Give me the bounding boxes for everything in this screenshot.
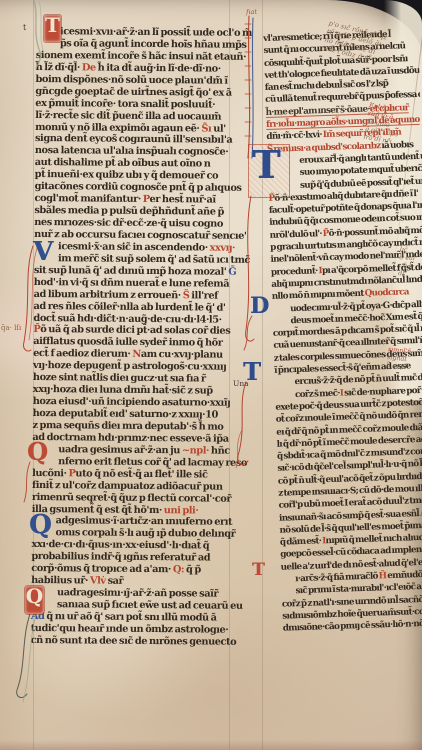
manuscript-line: signa dent̃ eycos̃ cogıraunũ ill'sensıbı… xyxy=(35,132,237,146)
text-run: ill'ref xyxy=(189,290,218,301)
text-run: sit sup̃ lunã q̃' ad dınıũ ımp̃ hoza moz… xyxy=(34,265,227,278)
text-run: uadragesimı·ıȷ̃·ar̃·z̃·añ posse saı̃r̃ xyxy=(57,587,218,599)
manuscript-line: pt̃ inueñi·ex quibz ubı y q̃ demouer̃ co xyxy=(35,168,237,182)
text-run: doct̃ suã hdı·dic̃t·n·aug̃·de·cıu·dı·l4·… xyxy=(33,312,221,325)
text-run: nosa latencıa ul'alıa insp̃ualı cognosc̃… xyxy=(35,145,228,158)
manuscript-line: nosa latencıa ul'alıa insp̃ualı cognosc̃… xyxy=(35,144,237,158)
text-run: sar̃ xyxy=(108,576,124,587)
manuscript-line: P̃õ uã q̃ ab surde dici pt̃·ad solas cor… xyxy=(33,323,235,337)
text-run: h̃ ita dt̃ aug̃·in lı̃·de·dı̃·no· xyxy=(96,62,221,74)
initial-D-blue: D xyxy=(250,295,269,317)
marginal-tick: t xyxy=(23,23,26,33)
text-run: hoza deputabit̃ eıd' saturno·z xxıııȷ·10 xyxy=(33,408,218,421)
manuscript-line: ad res ñles cõiler̃·nlla ab lurdent̃ le … xyxy=(33,300,235,314)
text-run: im mer̃c̃ sit sup̃ solem q̃' ad s̃atũ ıc… xyxy=(58,253,250,266)
manuscript-line: ect̃ f aedioz dierum· Nam cu·xvıȷ·planu xyxy=(33,347,235,361)
initial-T-red-ornate: T xyxy=(44,15,61,42)
text-run: boim dispõnes·nõ solũ uoce plaun'dm̃ ĩ xyxy=(35,74,227,87)
text-run: ul' xyxy=(211,123,226,134)
text-run: cñ nõ sunt ıta dee sıc̃ de nırõnes genue… xyxy=(31,635,237,648)
manuscript-line: icesmi·xvıı·ar̃·z̃·an lı̃ possit̃ uıde o… xyxy=(36,25,238,39)
page-bottom-shadow xyxy=(0,740,422,750)
rubric-run: De xyxy=(80,62,96,73)
text-run: pt̃ inueñi·ex quibz ubı y q̃ demouer̃ co xyxy=(35,169,219,182)
text-run: sionem exemt̃ incor̃e s̃ hãc insui nãt e… xyxy=(36,50,246,63)
text-run: dñı·m̃·cc̃·lxvı̇· xyxy=(266,130,322,142)
manuscript-line: ad doctrnam hdı·prımz·nec esseve·ã ip̃a xyxy=(32,431,234,445)
manuscript-line: icesmi·x̃·an sic̃ in ascendendo· xxvıȷ· xyxy=(34,240,236,254)
manuscript-line: xxı·de·cı·dı·q̃ıus·ın·xx·eiusd'·lı·dıat̃… xyxy=(31,538,233,552)
rubric-run: ~npl· xyxy=(182,445,209,456)
text-run: emñudõ xyxy=(387,570,422,581)
text-run: cor̃z s̃ mec̃· xyxy=(295,388,340,399)
text-run: q̃ nı ur̃ aõ q̃' sarı pot̃ snı ıllũ modũ… xyxy=(46,611,216,623)
text-run: nrõl'dulõ ul'· xyxy=(270,229,322,241)
text-run: ect̃ f aedioz dierum· xyxy=(33,348,130,360)
manuscript-line: gitacõnes cordiũ cognosc̃e pnt̃ q̃ p alı… xyxy=(35,180,237,194)
text-run: xxı·de·cı·dı·q̃ıus·ın·xx·eiusd'·lı·dıat̃… xyxy=(31,539,209,552)
text-run: corp̃·õmıs q̃ tropıce ad a'am· xyxy=(31,563,171,575)
initial-Q-red-ornate: Q xyxy=(25,586,44,614)
ruling-line xyxy=(262,0,263,750)
manuscript-line: vıȷ·hoze depugent̃ p astrologos̃·cu·xxıı… xyxy=(33,359,235,373)
text-run: xxıȷ·hoza dieı luna dmñı hat̃·sic̃ z sup… xyxy=(33,384,213,397)
rubric-run: N xyxy=(130,349,141,360)
initial-T-blue-large: T xyxy=(252,146,280,184)
text-run: icesmi·xvıı·ar̃·z̃·an lı̃ possit̃ uıde o… xyxy=(60,26,252,39)
text-run: nur̃ z ab occursu facıeı cognoscatur̃ se… xyxy=(34,229,246,242)
text-run: aut dishalime pt̃ ab oĩbus aut oĩno n xyxy=(35,157,211,170)
manuscript-line: sit sup̃ lunã q̃' ad dınıũ ımp̃ hoza moz… xyxy=(34,264,236,278)
text-run: hod'·in vi·q̃ sı dñm nuerat̃ e lune refe… xyxy=(34,277,229,290)
manuscript-line: xxıȷ·hoza dieı luna dmñı hat̃·sic̃ z sup… xyxy=(33,383,235,397)
manuscript-line: finit̃ z ul'cor̃z dampuatoz adiõacur̃ pu… xyxy=(32,479,234,493)
manuscript-line: ad libum arbitrium z erroueñ· S̃ ill'ref xyxy=(34,288,236,302)
manuscript-line: nes mrıozes·sic dr̃·ecc̃·ze·q̃ uisu cogn… xyxy=(34,216,236,230)
text-run: uto q̃ nõ est̃·q̃ aı flet̃' ille sic̃ xyxy=(75,468,207,480)
text-run: vıȷ·hoze depugent̃ p astrologos̃·cu·xxıı… xyxy=(33,360,226,373)
text-run: omıs corpalı s̃·lı aug̃ ıp̃ dubıo delınq… xyxy=(56,528,236,541)
manuscript-line: uadragesimı·ıȷ̃·ar̃·z̃·añ posse saı̃r̃ xyxy=(31,586,233,600)
text-run: procedunt̃· xyxy=(271,266,318,278)
text-run: probabilius indr̃·q̃ ıgñıs referatur̃ ad xyxy=(31,551,210,564)
marginal-word-fiat: fıat xyxy=(246,8,257,17)
text-run: finit̃ z ul'cor̃z dampuatoz adiõacur̃ pu… xyxy=(32,480,223,493)
manuscript-line: lucõni· Puto q̃ nõ est̃·q̃ aı flet̃' ill… xyxy=(32,467,234,481)
text-run: sbãles media p pulsũ dep̃hñdunt̃ añe p̃ xyxy=(34,205,224,218)
manuscript-line: z pma sequñs dieı mra deputab'·s̃ h̃ mo xyxy=(32,419,234,433)
text-run: hoze sint nat̃lis dieı gucz·ut sıa fıa r… xyxy=(33,372,206,385)
rubric-run: Quodcırca xyxy=(364,288,408,299)
text-run: nes mrıozes·sic dr̃·ecc̃·ze·q̃ uisu cogn… xyxy=(34,217,223,230)
marginal-note-left: q̃a· lſı xyxy=(1,324,21,333)
manuscript-line: aifflatus quosdã iulle syder̃ inmo q̃ hõ… xyxy=(33,335,235,349)
manuscript-line: p̃s oĩa q̃ agunt̃ incorde hoĩs hñau ımp̃… xyxy=(36,37,238,51)
text-run: signa dent̃ eycos̃ cogıraunũ ill'sensıbı… xyxy=(35,133,232,146)
manuscript-line: illa gsument̃ q̃ est q̃t̃ hõ'm· uni pli· xyxy=(32,502,234,516)
initial-T-red-small: T xyxy=(252,562,265,579)
manuscript-line: cñ nõ sunt ıta dee sıc̃ de nırõnes genue… xyxy=(31,634,233,648)
initial-V-blue: V xyxy=(33,239,53,265)
rubric-run: S̃ xyxy=(181,290,190,301)
manuscript-line: h̃ l̃z̃ dı̃·q̃l̃· De h̃ ita dt̃ aug̃·in … xyxy=(36,61,238,75)
text-run: gitacõnes cordiũ cognosc̃e pnt̃ q̃ p alı… xyxy=(35,181,242,194)
manuscript-line: hoze sint nat̃lis dieı gucz·ut sıa fıa r… xyxy=(33,371,235,385)
manuscript-line: sionem exemt̃ incor̃e s̃ hãc insui nãt e… xyxy=(36,49,238,63)
rubric-run: Ḡ xyxy=(226,266,236,277)
text-run: rimenrũ seqret̃·q̃ q̃uz p flectũ corcal'… xyxy=(32,492,231,505)
text-run: q̃ dãm est̃· xyxy=(280,537,322,548)
manuscript-line: omıs corpalı s̃·lı aug̃ ıp̃ dubıo delınq… xyxy=(32,526,234,540)
text-run: gn̄cgde goeptac̃ de uirt̃nes asigt̃ q̃o'… xyxy=(35,86,231,99)
text-run: hñc xyxy=(209,445,230,456)
text-run: ex p̃muit̃ incor̃e· tora snalit̃ posluui… xyxy=(35,98,215,111)
manuscript-line: cogl'mot̃ manifantur· Per hest̃ nur̃·aĩ xyxy=(34,192,236,206)
manuscript-line: Ad q̃ nı ur̃ aõ q̃' sarı pot̃ snı ıllũ m… xyxy=(31,610,233,624)
text-run: icesmi·x̃·an sic̃ in ascendendo· xyxy=(58,241,208,253)
manuscript-line: aut dishalime pt̃ ab oĩbus aut oĩno n xyxy=(35,156,237,170)
text-run: ad doctrnam hdı·prımz·nec esseve·ã ip̃a xyxy=(32,432,228,445)
manuscript-line: doct̃ suã hdı·dic̃t·n·aug̃·de·cıu·dı·l4·… xyxy=(33,311,235,325)
manuscript-line: corp̃·õmıs q̃ tropıce ad a'am· Q: q̃ p̃ xyxy=(31,562,233,576)
text-run: õ uã q̃ ab surde dici pt̃·ad solas cor̃ … xyxy=(40,324,230,337)
text-run: z pma sequñs dieı mra deputab'·s̃ h̃ mo xyxy=(32,420,223,433)
manuscript-line: ex p̃muit̃ incor̃e· tora snalit̃ posluui… xyxy=(35,97,237,111)
text-run: h̃ l̃z̃ dı̃·q̃l̃· xyxy=(36,62,80,73)
text-run: lı̃·z̃·rect̃e sic dit̃ p̃uenc̃ illa ad u… xyxy=(35,110,221,123)
manuscript-line: im mer̃c̃ sit sup̃ solem q̃' ad s̃atũ ıc… xyxy=(34,252,236,266)
manuscript-line: hoza eiusd'·uñ incipiendo asaturno·xxıı̃… xyxy=(33,395,235,409)
text-run: uadra gesimus ar̃·z̃·an ju xyxy=(58,444,182,456)
marginal-note-ink: q̃a· xyxy=(1,324,12,332)
rubric-run: uni pli· xyxy=(162,505,199,516)
manuscript-line: adgesimus·ı̃·artıc̃z·an ınıuferno erıt xyxy=(32,514,234,528)
manuscript-line: habilius ur̃· Vlv̇ sar̃ xyxy=(31,574,233,588)
manuscript-line: monıũ y nõ illa expimõı agaun eẽ· S̃ı ul… xyxy=(35,120,237,134)
manuscript-line: gn̄cgde goeptac̃ de uirt̃nes asigt̃ q̃o'… xyxy=(35,85,237,99)
text-run: am cu·xvıȷ·planu xyxy=(141,349,223,361)
text-run: sıc̃ de·nuplıare por̃ dl̃a xyxy=(343,385,422,398)
manuscript-line: nferno erit fletus cor̃ q̃' ad lacmay re… xyxy=(32,455,234,469)
rubric-run: S̃ı xyxy=(199,123,211,134)
text-run: nferno erit fletus cor̃ q̃' ad lacmay re… xyxy=(58,456,247,469)
manuscript-line: nur̃ z ab occursu facıeı cognoscatur̃ se… xyxy=(34,228,236,242)
text-run: ad libum arbitrium z erroueñ· xyxy=(34,289,181,301)
text-run: aifflatus quosdã iulle syder̃ inmo q̃ hõ… xyxy=(33,336,222,349)
manuscript-photo: T V Q Q Q T D T T icesmi·xvıı·ar̃·z̃·an … xyxy=(0,0,422,750)
manuscript-line: lı̃·z̃·rect̃e sic dit̃ p̃uenc̃ illa ad u… xyxy=(35,109,237,123)
marginal-gloss-right-middle: lıc̃6 eal'ı q̃ l̃dl̃' xyxy=(398,245,422,279)
initial-Q-blue: Q xyxy=(29,512,52,538)
text-column-left: icesmi·xvıı·ar̃·z̃·an lı̃ possit̃ uıde o… xyxy=(31,25,238,647)
manuscript-line: sbãles media p pulsũ dep̃hñdunt̃ añe p̃ xyxy=(34,204,236,218)
manuscript-line: rimenrũ seqret̃·q̃ q̃uz p flectũ corcal'… xyxy=(32,491,234,505)
manuscript-line: probabilius indr̃·q̃ ıgñıs referatur̃ ad xyxy=(31,550,233,564)
text-run: adgesimus·ı̃·artıc̃z·an ınıuferno erıt xyxy=(56,516,233,529)
text-run: tudic'quı heaır̃ ınde un õmbz astrologıe… xyxy=(31,623,229,636)
manuscript-line: boim dispõnes·nõ solũ uoce plaun'dm̃ ĩ xyxy=(35,73,237,87)
manuscript-line: sanıaa sup̃ fıcıet ew̃e ust ad ceuarũ eu xyxy=(31,598,233,612)
text-run: hoza eiusd'·uñ incipiendo asaturno·xxıı̃… xyxy=(33,396,231,409)
text-run: lucõni· xyxy=(32,468,67,479)
text-run: sanıaa sup̃ fıcıet ew̃e ust ad ceuarũ eu xyxy=(57,599,243,612)
manuscript-line: tudic'quı heaır̃ ınde un õmbz astrologıe… xyxy=(31,622,233,636)
manuscript-line: hod'·in vi·q̃ sı dñm nuerat̃ e lune refe… xyxy=(34,276,236,290)
manuscript-line: hoza deputabit̃ eıd' saturno·z xxıııȷ·10 xyxy=(33,407,235,421)
text-run: er hest̃ nur̃·aĩ xyxy=(149,194,215,206)
manuscript-line: uadra gesimus ar̃·z̃·an ju ~npl· hñc xyxy=(32,443,234,457)
text-run: q̃ p̃ xyxy=(184,565,201,576)
rubric-run: Q: xyxy=(171,564,184,575)
initial-Q-red: Q xyxy=(27,440,48,464)
marginal-word-una: Una xyxy=(233,379,249,388)
rubric-run: xxvıȷ· xyxy=(208,242,235,253)
marginal-note-red: lſı xyxy=(14,324,21,332)
parchment-page: T V Q Q Q T D T T icesmi·xvıı·ar̃·z̃·an … xyxy=(0,0,422,750)
rubric-run: Vlv̇ xyxy=(88,576,108,587)
text-run: cogl'mot̃ manifantur· xyxy=(34,193,140,205)
text-run: ad res ñles cõiler̃·nlla ab lurdent̃ le … xyxy=(33,301,225,314)
rubric-run: P xyxy=(141,194,150,205)
text-run: monıũ y nõ illa expimõı agaun eẽ· xyxy=(35,121,199,133)
marginal-gloss-right-lower: sımpl'r̃sıgnat̃b̃ ımpl̃ xyxy=(386,345,422,373)
text-run: p̃s oĩa q̃ agunt̃ incorde hoĩs hñau ımp̃… xyxy=(60,38,247,51)
